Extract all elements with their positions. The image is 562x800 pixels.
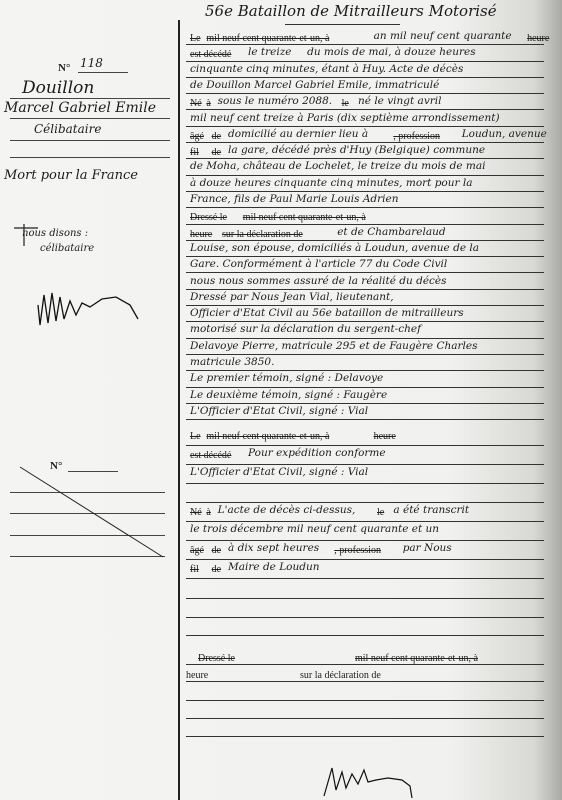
rule — [186, 61, 544, 62]
act-line: L'Officier d'Etat Civil, signé : Vial — [186, 466, 548, 485]
rule — [186, 93, 544, 94]
rule — [186, 578, 544, 579]
rule — [186, 700, 544, 701]
act3-mil: mil neuf cent quarante-et-un, à — [355, 653, 478, 664]
battalion-title: 56e Bataillon de Mitrailleurs Motorisé — [205, 2, 497, 20]
cross-mark-icon — [10, 222, 40, 247]
rule — [10, 140, 170, 141]
rule — [186, 681, 544, 682]
printed-label: Né — [190, 507, 202, 518]
rule — [186, 370, 544, 371]
rule — [186, 521, 544, 522]
act-line: âgédeà dix sept heures, professionpar No… — [186, 542, 548, 561]
rule — [186, 483, 544, 484]
printed-label: le — [342, 98, 349, 109]
printed-label: heure — [527, 33, 549, 44]
act3-heure: heure — [186, 670, 208, 681]
handwritten-text: France, fils de Paul Marie Louis Adrien — [190, 193, 399, 205]
act-line: motorisé sur la déclaration du sergent-c… — [186, 323, 548, 339]
handwritten-text: matricule 3850. — [190, 356, 274, 368]
printed-label: mil neuf cent quarante-et-un, à — [206, 33, 329, 44]
handwritten-text: la gare, décédé près d'Huy (Belgique) co… — [228, 144, 485, 156]
act-line: cinquante cinq minutes, étant à Huy. Act… — [186, 63, 548, 79]
rule — [186, 191, 544, 192]
act-line: nous nous sommes assuré de la réalité du… — [186, 275, 548, 291]
handwritten-text: et de Chambarelaud — [337, 226, 445, 238]
printed-label: à — [206, 507, 210, 518]
rule — [186, 256, 544, 257]
act-line: Officier d'Etat Civil au 56e bataillon d… — [186, 307, 548, 323]
act-line: âgédedomicilié au dernier lieu à, profes… — [186, 128, 548, 144]
act-line: Gare. Conformément à l'article 77 du Cod… — [186, 258, 548, 274]
cancel-diagonal-line — [18, 465, 168, 560]
rule — [186, 109, 544, 110]
rule — [186, 540, 544, 541]
handwritten-text: Dressé par Nous Jean Vial, lieutenant, — [190, 291, 394, 303]
rule — [186, 598, 544, 599]
act-line — [186, 485, 548, 504]
act-line: de Moha, château de Lochelet, le treize … — [186, 160, 548, 176]
handwritten-text: Officier d'Etat Civil au 56e bataillon d… — [190, 307, 464, 319]
handwritten-text: Delavoye Pierre, matricule 295 et de Fau… — [190, 340, 477, 352]
handwritten-text: sous le numéro 2088. — [218, 95, 333, 107]
act-line: fildeMaire de Loudun — [186, 561, 548, 580]
rule — [186, 77, 544, 78]
handwritten-text: Le premier témoin, signé : Delavoye — [190, 372, 383, 384]
act-line: heuresur la déclaration deet de Chambare… — [186, 226, 548, 242]
rule — [10, 98, 170, 99]
printed-label: est décédé — [190, 450, 231, 461]
printed-label: mil neuf cent quarante-et-un, à — [243, 212, 366, 223]
handwritten-text: le trois décembre mil neuf cent quarante… — [190, 523, 439, 535]
handwritten-text: le treize — [248, 46, 291, 58]
printed-label: de — [212, 545, 221, 556]
act-line: L'Officier d'Etat Civil, signé : Vial — [186, 405, 548, 421]
printed-label: heure — [190, 229, 212, 240]
margin-divider — [178, 20, 180, 800]
mention-mort-pour-la-france: Mort pour la France — [4, 168, 138, 183]
rule — [186, 387, 544, 388]
act-line: NéàL'acte de décès ci-dessus,lea été tra… — [186, 504, 548, 523]
rule — [186, 321, 544, 322]
printed-label: âgé — [190, 131, 204, 142]
surname: Douillon — [22, 78, 94, 98]
handwritten-text: L'Officier d'Etat Civil, signé : Vial — [190, 466, 368, 478]
printed-label: âgé — [190, 545, 204, 556]
document-page: 56e Bataillon de Mitrailleurs Motorisé N… — [0, 0, 562, 800]
rule — [186, 502, 544, 503]
printed-label: fil — [190, 564, 199, 575]
act-line: Delavoye Pierre, matricule 295 et de Fau… — [186, 340, 548, 356]
number-value: 118 — [80, 56, 103, 70]
handwritten-text: Loudun, avenue — [462, 128, 547, 140]
act-line: matricule 3850. — [186, 356, 548, 372]
rule — [10, 157, 170, 158]
handwritten-text: L'acte de décès ci-dessus, — [218, 504, 356, 516]
margin-note-line2: célibataire — [40, 243, 94, 254]
printed-label: Dressé le — [190, 212, 227, 223]
handwritten-text: Gare. Conformément à l'article 77 du Cod… — [190, 258, 447, 270]
act-line: Lemil neuf cent quarante-et-un, àan mil … — [186, 30, 548, 46]
act-line: à douze heures cinquante cinq minutes, m… — [186, 177, 548, 193]
handwritten-text: domicilié au dernier lieu à — [228, 128, 368, 140]
handwritten-text: de Moha, château de Lochelet, le treize … — [190, 160, 485, 172]
rule — [186, 635, 544, 636]
handwritten-text: à douze heures cinquante cinq minutes, m… — [190, 177, 473, 189]
rule — [186, 289, 544, 290]
rule — [186, 718, 544, 719]
rule — [186, 224, 544, 225]
act-line: le trois décembre mil neuf cent quarante… — [186, 523, 548, 542]
rule — [186, 419, 544, 420]
rule — [186, 464, 544, 465]
rule — [186, 175, 544, 176]
act3-declaration: sur la déclaration de — [300, 670, 381, 681]
rule — [186, 272, 544, 273]
handwritten-text: a été transcrit — [393, 504, 469, 516]
act-line: Lemil neuf cent quarante-et-un, àheure — [186, 428, 548, 447]
title-underline — [285, 24, 400, 25]
handwritten-text: de Douillon Marcel Gabriel Emile, immatr… — [190, 79, 439, 91]
printed-label: de — [212, 131, 221, 142]
handwritten-text: cinquante cinq minutes, étant à Huy. Act… — [190, 63, 463, 75]
civil-status: Célibataire — [34, 122, 101, 136]
rule — [186, 240, 544, 241]
act-line: fildela gare, décédé près d'Huy (Belgiqu… — [186, 144, 548, 160]
printed-label: sur la déclaration de — [222, 229, 303, 240]
handwritten-text: à dix sept heures — [228, 542, 319, 554]
handwritten-text: nous nous sommes assuré de la réalité du… — [190, 275, 447, 287]
handwritten-text: L'Officier d'Etat Civil, signé : Vial — [190, 405, 368, 417]
bottom-signature — [318, 760, 428, 800]
act-line: Louise, son épouse, domiciliés à Loudun,… — [186, 242, 548, 258]
margin-signature — [30, 285, 150, 330]
printed-label: Le — [190, 431, 201, 442]
printed-label: Le — [190, 33, 201, 44]
rule — [10, 118, 170, 119]
rule — [186, 445, 544, 446]
handwritten-text: mil neuf cent treize à Paris (dix septiè… — [190, 112, 500, 124]
act-line: France, fils de Paul Marie Louis Adrien — [186, 193, 548, 209]
handwritten-text: Le deuxième témoin, signé : Faugère — [190, 389, 387, 401]
act-line: Néàsous le numéro 2088.lené le vingt avr… — [186, 95, 548, 111]
act-line: Dressé par Nous Jean Vial, lieutenant, — [186, 291, 548, 307]
rule — [186, 354, 544, 355]
act3-dresse: Dressé le — [198, 653, 235, 664]
rule — [186, 207, 544, 208]
handwritten-text: motorisé sur la déclaration du sergent-c… — [190, 323, 421, 335]
printed-label: de — [212, 147, 221, 158]
handwritten-text: an mil neuf cent quarante — [374, 30, 512, 42]
printed-label: , profession — [334, 545, 381, 556]
printed-label: est décédé — [190, 49, 231, 60]
rule — [186, 158, 544, 159]
act-line: Le premier témoin, signé : Delavoye — [186, 372, 548, 388]
number-label: N° — [58, 62, 70, 74]
printed-label: fil — [190, 147, 199, 158]
printed-label: , profession — [393, 131, 440, 142]
act-line: de Douillon Marcel Gabriel Emile, immatr… — [186, 79, 548, 95]
printed-label: le — [377, 507, 384, 518]
handwritten-text: Maire de Loudun — [228, 561, 320, 573]
rule — [186, 126, 544, 127]
handwritten-text: par Nous — [403, 542, 452, 554]
handwritten-text: Louise, son épouse, domiciliés à Loudun,… — [190, 242, 479, 254]
handwritten-text: Pour expédition conforme — [248, 447, 386, 459]
act-line: est décédéle treizedu mois de mai, à dou… — [186, 46, 548, 62]
rule — [186, 403, 544, 404]
printed-label: de — [212, 564, 221, 575]
printed-label: à — [206, 98, 210, 109]
act-line: mil neuf cent treize à Paris (dix septiè… — [186, 112, 548, 128]
given-names: Marcel Gabriel Emile — [4, 100, 156, 116]
act-line: Dressé lemil neuf cent quarante-et-un, à — [186, 209, 548, 225]
printed-label: heure — [374, 431, 396, 442]
rule — [186, 559, 544, 560]
handwritten-text: du mois de mai, à douze heures — [307, 46, 476, 58]
handwritten-text: né le vingt avril — [358, 95, 441, 107]
act-line: est décédéPour expédition conforme — [186, 447, 548, 466]
rule — [186, 338, 544, 339]
rule — [186, 736, 544, 737]
rule — [186, 44, 544, 45]
rule — [186, 305, 544, 306]
rule — [78, 72, 128, 73]
act-line: Le deuxième témoin, signé : Faugère — [186, 389, 548, 405]
rule — [186, 617, 544, 618]
rule — [186, 664, 544, 665]
rule — [186, 142, 544, 143]
printed-label: mil neuf cent quarante-et-un, à — [206, 431, 329, 442]
printed-label: Né — [190, 98, 202, 109]
